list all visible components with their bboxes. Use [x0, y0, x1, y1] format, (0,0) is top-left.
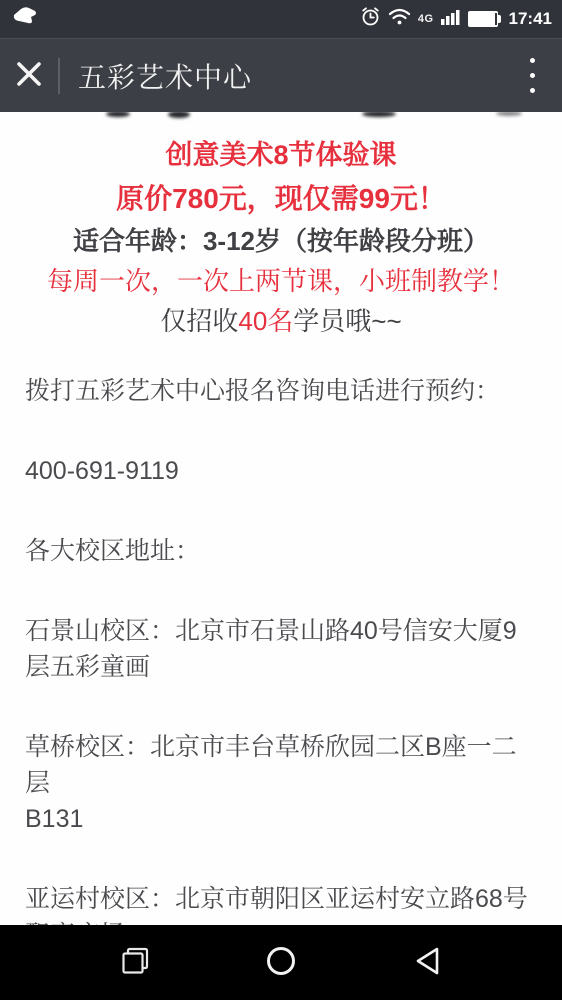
campus-address-shijingshan: 石景山校区：北京市石景山路40号信安大厦9 层五彩童画 — [25, 613, 537, 685]
recent-apps-button[interactable] — [62, 925, 208, 1000]
nav-divider — [58, 58, 60, 94]
back-triangle-icon — [413, 946, 441, 979]
promo-age-line: 适合年龄：3-12岁（按年龄段分班） — [0, 221, 562, 261]
campus-line: B131 — [25, 801, 537, 837]
address-heading: 各大校区地址： — [25, 533, 537, 569]
article-content: 创意美术8节体验课 原价780元，现仅需99元！ 适合年龄：3-12岁（按年龄段… — [0, 112, 562, 925]
campus-line: 亚运村校区：北京市朝阳区亚运村安立路68号 — [25, 881, 537, 917]
wifi-icon — [388, 8, 411, 31]
kebab-menu-icon — [530, 58, 535, 63]
clock-time: 17:41 — [509, 9, 552, 29]
campus-address-yayuncun: 亚运村校区：北京市朝阳区亚运村安立路68号 飘亮广场D372 — [25, 881, 537, 925]
campus-line: 飘亮广场D372 — [25, 917, 537, 925]
article-body: 拨打五彩艺术中心报名咨询电话进行预约： 400-691-9119 各大校区地址：… — [0, 373, 562, 925]
call-prompt: 拨打五彩艺术中心报名咨询电话进行预约： — [25, 373, 537, 409]
campus-line: 石景山校区：北京市石景山路40号信安大厦9 — [25, 613, 537, 649]
promo-schedule-line: 每周一次，一次上两节课，小班制教学！ — [0, 261, 562, 301]
phone-number: 400-691-9119 — [25, 453, 537, 489]
signal-bars-icon — [441, 9, 461, 30]
phone-screen: 4G 17:41 五彩艺术中心 — [0, 0, 562, 1000]
promo-price-line: 原价780元，现仅需99元！ — [0, 176, 562, 221]
battery-icon — [468, 11, 502, 27]
back-button[interactable] — [354, 925, 500, 1000]
more-menu-button[interactable] — [502, 39, 562, 113]
campus-line: 层五彩童画 — [25, 649, 537, 685]
network-type-label: 4G — [418, 13, 434, 25]
promo-block: 创意美术8节体验课 原价780元，现仅需99元！ 适合年龄：3-12岁（按年龄段… — [0, 122, 562, 341]
home-circle-icon — [265, 945, 297, 980]
close-button[interactable] — [0, 39, 58, 113]
scrolled-image-remnant — [0, 112, 562, 122]
recent-apps-icon — [120, 946, 150, 979]
campus-line: 草桥校区：北京市丰台草桥欣园二区B座一二层 — [25, 729, 537, 801]
promo-headline: 创意美术8节体验课 — [0, 134, 562, 176]
status-bar: 4G 17:41 — [0, 0, 562, 38]
page-title: 五彩艺术中心 — [78, 56, 252, 96]
campus-address-caoqiao: 草桥校区：北京市丰台草桥欣园二区B座一二层 B131 — [25, 729, 537, 837]
promo-quota-line: 仅招收40名学员哦~~ — [0, 301, 562, 341]
quota-highlight: 40名 — [238, 306, 293, 336]
app-nav-bar: 五彩艺术中心 — [0, 38, 562, 112]
megaphone-notification-icon — [10, 5, 38, 34]
close-x-icon — [14, 59, 44, 92]
home-button[interactable] — [208, 925, 354, 1000]
android-navigation-bar — [0, 925, 562, 1000]
alarm-clock-icon — [360, 6, 381, 32]
